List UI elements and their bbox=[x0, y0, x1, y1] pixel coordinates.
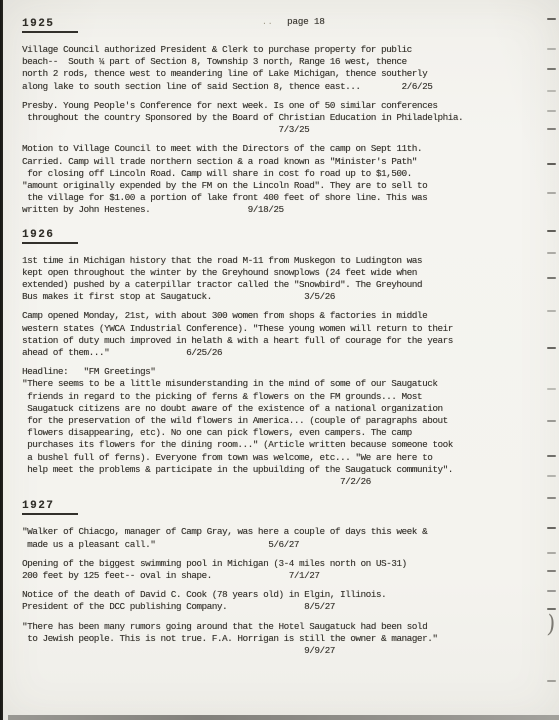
text-line: extended) pushed by a caterpillar tracto… bbox=[22, 279, 559, 291]
text-line: Camp opened Monday, 21st, with about 300… bbox=[22, 310, 559, 322]
journal-entry: Opening of the biggest swimming pool in … bbox=[22, 558, 559, 582]
text-line: "amount originally expended by the FM on… bbox=[22, 180, 559, 192]
year-heading-label: 1926 bbox=[22, 229, 78, 244]
text-line: 7/2/26 bbox=[22, 476, 559, 488]
text-line: north 2 rods, thence west to meandering … bbox=[22, 68, 559, 80]
text-line: "Walker of Chiacgo, manager of Camp Gray… bbox=[22, 526, 559, 538]
text-line: Motion to Village Council to meet with t… bbox=[22, 143, 559, 155]
text-line: a bushel full of ferns). Everyone from t… bbox=[22, 452, 559, 464]
journal-entry: 1st time in Michigan history that the ro… bbox=[22, 255, 559, 304]
header-dots: .. bbox=[262, 18, 274, 27]
text-line: Saugatuck citizens are no doubt aware of… bbox=[22, 403, 559, 415]
journal-entry: Notice of the death of David C. Cook (78… bbox=[22, 589, 559, 613]
text-line: flowers disappearing, etc). No one can p… bbox=[22, 427, 559, 439]
text-line: "There seems to be a little misunderstan… bbox=[22, 378, 559, 390]
journal-entry: "Walker of Chiacgo, manager of Camp Gray… bbox=[22, 526, 559, 550]
text-line: Opening of the biggest swimming pool in … bbox=[22, 558, 559, 570]
page-label-group: .. page 18 bbox=[262, 16, 325, 27]
text-line: President of the DCC publishing Company.… bbox=[22, 601, 559, 613]
year-heading-1927: 1927 bbox=[22, 495, 559, 515]
text-line: friends in regard to the picking of fern… bbox=[22, 391, 559, 403]
journal-entry: Headline: "FM Greetings""There seems to … bbox=[22, 366, 559, 488]
text-line: for the preservation of the wild flowers… bbox=[22, 415, 559, 427]
text-line: written by John Hestenes. 9/18/25 bbox=[22, 204, 559, 216]
year-heading-1925: 1925 bbox=[22, 18, 78, 33]
text-line: purchases its flowers for the dining roo… bbox=[22, 439, 559, 451]
journal-entry: Motion to Village Council to meet with t… bbox=[22, 143, 559, 216]
journal-entry: "There has been many rumors going around… bbox=[22, 621, 559, 658]
text-line: 1st time in Michigan history that the ro… bbox=[22, 255, 559, 267]
text-line: beach-- South ¼ part of Section 8, Towns… bbox=[22, 56, 559, 68]
text-line: Carried. Camp will trade northern sectio… bbox=[22, 156, 559, 168]
text-line: to Jewish people. This is not true. F.A.… bbox=[22, 633, 559, 645]
text-line: the village for $1.00 a portion of lake … bbox=[22, 192, 559, 204]
journal-entry: Village Council authorized President & C… bbox=[22, 44, 559, 93]
text-line: Bus makes it first stop at Saugatuck. 3/… bbox=[22, 291, 559, 303]
text-line: throughout the country Sponsored by the … bbox=[22, 112, 559, 124]
text-line: Headline: "FM Greetings" bbox=[22, 366, 559, 378]
text-line: western states (YWCA Industrial Conferen… bbox=[22, 323, 559, 335]
text-line: 7/3/25 bbox=[22, 124, 559, 136]
text-line: Village Council authorized President & C… bbox=[22, 44, 559, 56]
document-body: Village Council authorized President & C… bbox=[0, 44, 559, 657]
text-line: for closing off Lincoln Road. Camp will … bbox=[22, 168, 559, 180]
text-line: kept open throughout the winter by the G… bbox=[22, 267, 559, 279]
text-line: "There has been many rumors going around… bbox=[22, 621, 559, 633]
text-line: Presby. Young People's Conference for ne… bbox=[22, 100, 559, 112]
text-line: made us a pleasant call." 5/6/27 bbox=[22, 539, 559, 551]
year-heading-label: 1927 bbox=[22, 500, 78, 515]
year-heading-1926: 1926 bbox=[22, 224, 559, 244]
journal-entry: Camp opened Monday, 21st, with about 300… bbox=[22, 310, 559, 359]
scan-edge-bottom bbox=[8, 715, 559, 720]
journal-entry: Presby. Young People's Conference for ne… bbox=[22, 100, 559, 137]
text-line: help meet the problems & participate in … bbox=[22, 464, 559, 476]
binding-mark bbox=[547, 680, 556, 682]
text-line: 9/9/27 bbox=[22, 645, 559, 657]
text-line: along lake to south section line of said… bbox=[22, 81, 559, 93]
text-line: station of duty much improved in helath … bbox=[22, 335, 559, 347]
page-header: 1925 .. page 18 bbox=[22, 13, 559, 29]
scan-edge-left bbox=[0, 0, 3, 720]
text-line: 200 feet by 125 feet-- oval in shape. 7/… bbox=[22, 570, 559, 582]
page-number-label: page 18 bbox=[287, 16, 325, 27]
text-line: ahead of them..." 6/25/26 bbox=[22, 347, 559, 359]
scanned-document-page: 1925 .. page 18 Village Council authoriz… bbox=[0, 0, 559, 720]
text-line: Notice of the death of David C. Cook (78… bbox=[22, 589, 559, 601]
